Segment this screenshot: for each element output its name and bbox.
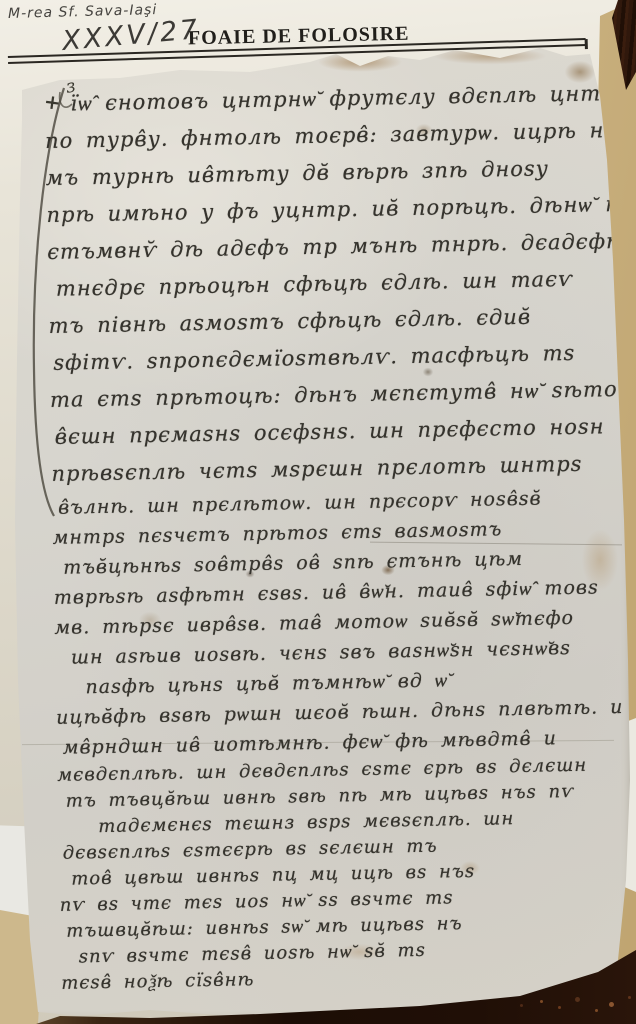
manuscript-text: їѡ̂ єнотовъ цнтрнѡ̆ фрутєлу вдєплѣ цнтрѣ…	[44, 75, 627, 997]
manuscript-page: + ɜ їѡ̂ єнотовъ цнтрнѡ̆ фрутєлу вдєплѣ ц…	[0, 0, 636, 1024]
rule-end-tick	[585, 39, 588, 49]
photo-of-archival-document: M-rea Sf. Sava-Iaşi XXXV/27 FOAIE DE FOL…	[0, 0, 636, 1024]
table-speckles	[540, 1000, 543, 1003]
